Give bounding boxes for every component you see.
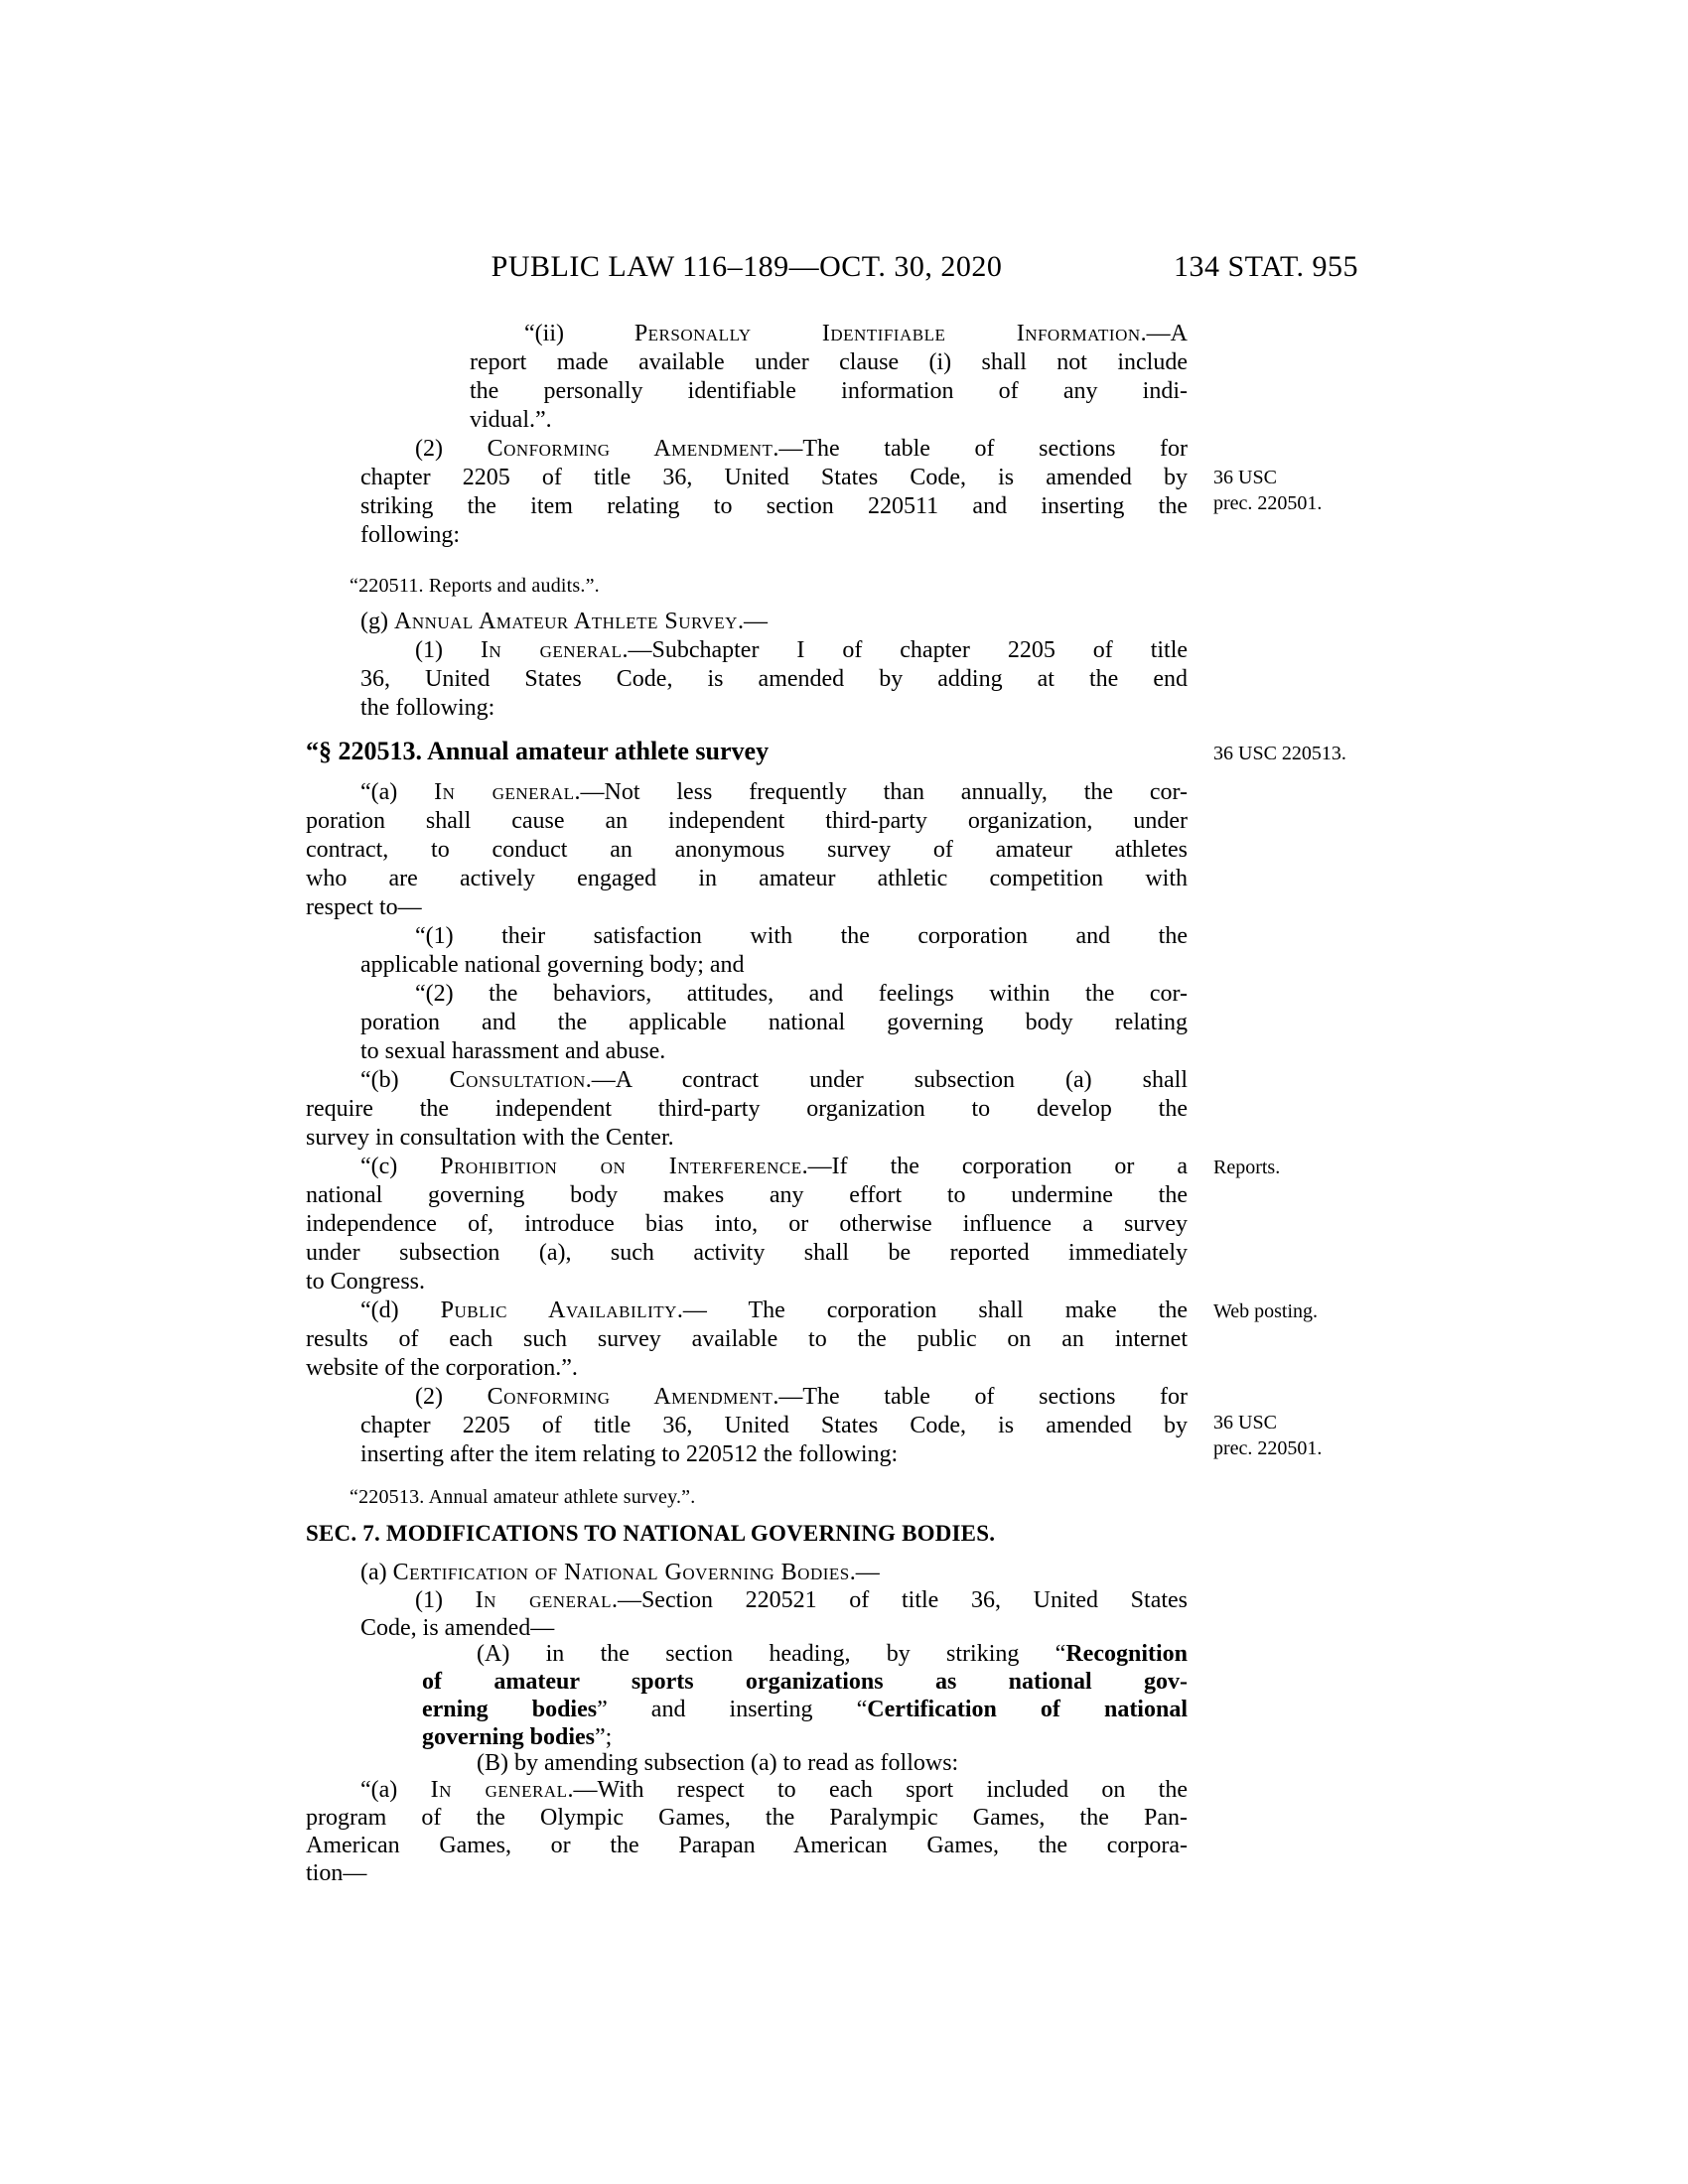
para-a-in-general-olympic-sports: “(a) In general.—With respect to each sp… — [306, 1776, 1188, 1887]
text-line: report made available under clause (i) s… — [470, 348, 1188, 377]
text-line: “(a) In general.—With respect to each sp… — [306, 1776, 1188, 1804]
text-line: applicable national governing body; and — [360, 951, 1188, 980]
text-line: 36, United States Code, is amended by ad… — [360, 665, 1188, 694]
text-line: require the independent third-party orga… — [306, 1095, 1188, 1124]
text-line: “(c) Prohibition on Interference.—If the… — [306, 1153, 1188, 1181]
text-line: Code, is amended— — [360, 1614, 1188, 1642]
text-line: governing bodies”; — [422, 1723, 1188, 1751]
text-line: 36 USC — [1213, 1410, 1322, 1435]
text-line: to sexual harassment and abuse. — [360, 1037, 1188, 1066]
text-line: respect to— — [306, 893, 1188, 922]
page-header-law-title: PUBLIC LAW 116–189—OCT. 30, 2020 — [306, 250, 1188, 284]
text-line: national governing body makes any effort… — [306, 1181, 1188, 1210]
para-1-in-general-subchapter: (1) In general.—Subchapter I of chapter … — [360, 636, 1188, 723]
text-line: inserting after the item relating to 220… — [360, 1440, 1188, 1469]
text-line: (2) Conforming Amendment.—The table of s… — [360, 1383, 1188, 1412]
margin-note-web-posting: Web posting. — [1213, 1298, 1318, 1324]
text-line: (g) Annual Amateur Athlete Survey.— — [360, 608, 1188, 636]
para-1-their-satisfaction: “(1) their satisfaction with the corpora… — [360, 922, 1188, 980]
section-heading-220513: “§ 220513. Annual amateur athlete survey — [306, 737, 769, 766]
text-line: “(ii) Personally Identifiable Informatio… — [470, 320, 1188, 348]
para-conforming-amendment-2: (2) Conforming Amendment.—The table of s… — [360, 1383, 1188, 1469]
text-line: under subsection (a), such activity shal… — [306, 1239, 1188, 1268]
text-line: Web posting. — [1213, 1298, 1318, 1324]
text-line: (a) Certification of National Governing … — [360, 1559, 1188, 1587]
text-line: of amateur sports organizations as natio… — [422, 1668, 1188, 1696]
para-a-certification-of-ngbs: (a) Certification of National Governing … — [360, 1559, 1188, 1587]
text-line: (1) In general.—Subchapter I of chapter … — [360, 636, 1188, 665]
text-line: Reports. — [1213, 1155, 1280, 1180]
clause-ii-personally-identifiable-information: “(ii) Personally Identifiable Informatio… — [470, 320, 1188, 435]
text-line: tion— — [306, 1859, 1188, 1887]
text-line: independence of, introduce bias into, or… — [306, 1210, 1188, 1239]
para-c-prohibition-on-interference: “(c) Prohibition on Interference.—If the… — [306, 1153, 1188, 1297]
text-line: erning bodies” and inserting “Certificat… — [422, 1696, 1188, 1723]
para-conforming-amendment-1: (2) Conforming Amendment.—The table of s… — [360, 435, 1188, 550]
text-line: vidual.”. — [470, 406, 1188, 435]
statute-page: PUBLIC LAW 116–189—OCT. 30, 2020 134 STA… — [0, 0, 1688, 2184]
page-header-stat-number: 134 STAT. 955 — [1174, 250, 1358, 284]
text-line: results of each such survey available to… — [306, 1325, 1188, 1354]
para-a-in-general-survey: “(a) In general.—Not less frequently tha… — [306, 778, 1188, 922]
table-of-sections-entry-220513: “220513. Annual amateur athlete survey.”… — [350, 1485, 695, 1509]
para-2-behaviors-attitudes: “(2) the behaviors, attitudes, and feeli… — [360, 980, 1188, 1066]
text-line: to Congress. — [306, 1268, 1188, 1297]
text-line: prec. 220501. — [1213, 490, 1322, 516]
text-line: who are actively engaged in amateur athl… — [306, 865, 1188, 893]
text-line: 36 USC — [1213, 465, 1322, 490]
text-line: poration and the applicable national gov… — [360, 1009, 1188, 1037]
para-B-amending-subsection-a: (B) by amending subsection (a) to read a… — [422, 1749, 1188, 1777]
text-line: “(d) Public Availability.— The corporati… — [306, 1297, 1188, 1325]
section-heading-sec-7: SEC. 7. MODIFICATIONS TO NATIONAL GOVERN… — [306, 1520, 995, 1548]
margin-note-36usc-prec-220501-second: 36 USCprec. 220501. — [1213, 1410, 1322, 1461]
text-line: (B) by amending subsection (a) to read a… — [422, 1749, 1188, 1777]
text-line: the personally identifiable information … — [470, 377, 1188, 406]
margin-note-36usc-220513: 36 USC 220513. — [1213, 741, 1346, 766]
text-line: program of the Olympic Games, the Paraly… — [306, 1804, 1188, 1832]
text-line: striking the item relating to section 22… — [360, 492, 1188, 521]
text-line: 36 USC 220513. — [1213, 741, 1346, 766]
text-line: the following: — [360, 694, 1188, 723]
text-line: “(b) Consultation.—A contract under subs… — [306, 1066, 1188, 1095]
text-line: prec. 220501. — [1213, 1435, 1322, 1461]
text-line: following: — [360, 521, 1188, 550]
para-g-annual-amateur-athlete-survey: (g) Annual Amateur Athlete Survey.— — [360, 608, 1188, 636]
margin-note-reports: Reports. — [1213, 1155, 1280, 1180]
text-line: (1) In general.—Section 220521 of title … — [360, 1586, 1188, 1614]
text-line: “(2) the behaviors, attitudes, and feeli… — [360, 980, 1188, 1009]
table-of-sections-entry-220511: “220511. Reports and audits.”. — [350, 574, 600, 598]
text-line: American Games, or the Parapan American … — [306, 1832, 1188, 1859]
para-A-section-heading-amendment: (A) in the section heading, by striking … — [422, 1640, 1188, 1751]
text-line: poration shall cause an independent thir… — [306, 807, 1188, 836]
text-line: “(a) In general.—Not less frequently tha… — [306, 778, 1188, 807]
para-b-consultation: “(b) Consultation.—A contract under subs… — [306, 1066, 1188, 1153]
text-line: contract, to conduct an anonymous survey… — [306, 836, 1188, 865]
text-line: chapter 2205 of title 36, United States … — [360, 1412, 1188, 1440]
para-1-in-general-220521: (1) In general.—Section 220521 of title … — [360, 1586, 1188, 1642]
margin-note-36usc-prec-220501-first: 36 USCprec. 220501. — [1213, 465, 1322, 516]
text-line: website of the corporation.”. — [306, 1354, 1188, 1383]
text-line: “(1) their satisfaction with the corpora… — [360, 922, 1188, 951]
text-line: chapter 2205 of title 36, United States … — [360, 464, 1188, 492]
text-line: survey in consultation with the Center. — [306, 1124, 1188, 1153]
para-d-public-availability: “(d) Public Availability.— The corporati… — [306, 1297, 1188, 1383]
text-line: (2) Conforming Amendment.—The table of s… — [360, 435, 1188, 464]
text-line: (A) in the section heading, by striking … — [422, 1640, 1188, 1668]
